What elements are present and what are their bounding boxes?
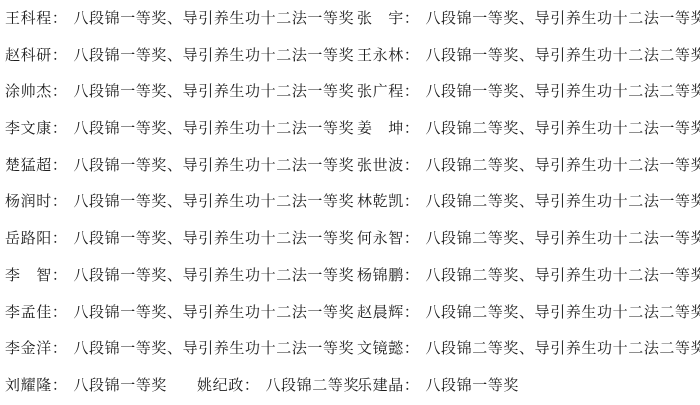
award-line: 姜 坤：八段锦二等奖、导引养生功十二法一等奖 [357, 110, 700, 147]
colon: ： [404, 229, 420, 247]
person-name: 楚猛超 [5, 156, 52, 174]
document-page: 王科程：八段锦一等奖、导引养生功十二法一等奖 赵科研：八段锦一等奖、导引养生功十… [0, 0, 700, 405]
colon: ： [52, 46, 68, 64]
award-text: 八段锦一等奖、导引养生功十二法一等奖 [425, 9, 700, 27]
colon: ： [404, 119, 420, 137]
person-name: 刘耀隆 [5, 376, 52, 394]
person-name: 张广程 [357, 82, 404, 100]
award-text: 八段锦一等奖、导引养生功十二法一等奖 [73, 9, 354, 27]
award-line: 涂帅杰：八段锦一等奖、导引养生功十二法一等奖 [5, 73, 359, 110]
award-line: 林乾凯：八段锦二等奖、导引养生功十二法一等奖 [357, 183, 700, 220]
person-name: 李金洋 [5, 339, 52, 357]
person-name: 王永林 [357, 46, 404, 64]
person-name: 赵晨辉 [357, 303, 404, 321]
award-entry: 姚纪政：八段锦二等奖 [197, 376, 359, 394]
person-name: 张世波 [357, 156, 404, 174]
award-text: 八段锦二等奖、导引养生功十二法一等奖 [425, 266, 700, 284]
award-text: 八段锦一等奖、导引养生功十二法一等奖 [73, 156, 354, 174]
colon: ： [52, 303, 68, 321]
award-column-left: 王科程：八段锦一等奖、导引养生功十二法一等奖 赵科研：八段锦一等奖、导引养生功十… [5, 0, 359, 404]
award-line: 文镜懿：八段锦二等奖、导引养生功十二法二等奖 [357, 330, 700, 367]
award-line: 刘耀隆：八段锦一等奖姚纪政：八段锦二等奖 [5, 367, 359, 404]
person-name: 李 智 [5, 266, 52, 284]
colon: ： [404, 82, 420, 100]
colon: ： [52, 266, 68, 284]
award-line: 杨润时：八段锦一等奖、导引养生功十二法一等奖 [5, 183, 359, 220]
colon: ： [52, 82, 68, 100]
award-line: 李 智：八段锦一等奖、导引养生功十二法一等奖 [5, 257, 359, 294]
award-text: 八段锦一等奖、导引养生功十二法一等奖 [73, 46, 354, 64]
person-name: 姜 坤 [357, 119, 404, 137]
award-text: 八段锦一等奖、导引养生功十二法一等奖 [73, 229, 354, 247]
award-text: 八段锦二等奖、导引养生功十二法二等奖 [425, 303, 700, 321]
person-name: 涂帅杰 [5, 82, 52, 100]
award-line: 楚猛超：八段锦一等奖、导引养生功十二法一等奖 [5, 147, 359, 184]
award-text: 八段锦一等奖、导引养生功十二法一等奖 [73, 266, 354, 284]
person-name: 乐建晶 [357, 376, 404, 394]
colon: ： [52, 119, 68, 137]
person-name: 张 宇 [357, 9, 404, 27]
award-line: 杨锦鹏：八段锦二等奖、导引养生功十二法一等奖 [357, 257, 700, 294]
colon: ： [52, 192, 68, 210]
award-text: 八段锦一等奖、导引养生功十二法一等奖 [73, 82, 354, 100]
person-name: 李文康 [5, 119, 52, 137]
award-line: 王科程：八段锦一等奖、导引养生功十二法一等奖 [5, 0, 359, 37]
award-text: 八段锦二等奖、导引养生功十二法一等奖 [425, 156, 700, 174]
award-entry: 刘耀隆：八段锦一等奖 [5, 376, 167, 394]
colon: ： [52, 156, 68, 174]
colon: ： [404, 376, 420, 394]
award-line: 赵科研：八段锦一等奖、导引养生功十二法一等奖 [5, 37, 359, 74]
colon: ： [404, 9, 420, 27]
award-text: 八段锦一等奖、导引养生功十二法二等奖 [425, 46, 700, 64]
award-line: 乐建晶：八段锦一等奖 [357, 367, 700, 404]
award-text: 八段锦一等奖、导引养生功十二法一等奖 [73, 119, 354, 137]
award-line: 李孟佳：八段锦一等奖、导引养生功十二法一等奖 [5, 294, 359, 331]
colon: ： [52, 9, 68, 27]
award-text: 八段锦二等奖、导引养生功十二法一等奖 [425, 119, 700, 137]
person-name: 文镜懿 [357, 339, 404, 357]
colon: ： [52, 339, 68, 357]
person-name: 杨锦鹏 [357, 266, 404, 284]
colon: ： [52, 229, 68, 247]
award-text: 八段锦一等奖 [73, 376, 167, 394]
award-line: 张广程：八段锦一等奖、导引养生功十二法二等奖 [357, 73, 700, 110]
person-name: 杨润时 [5, 192, 52, 210]
person-name: 岳路阳 [5, 229, 52, 247]
award-text: 八段锦一等奖 [425, 376, 519, 394]
award-line: 岳路阳：八段锦一等奖、导引养生功十二法一等奖 [5, 220, 359, 257]
award-line: 何永智：八段锦二等奖、导引养生功十二法一等奖 [357, 220, 700, 257]
colon: ： [404, 339, 420, 357]
award-column-right: 张 宇：八段锦一等奖、导引养生功十二法一等奖 王永林：八段锦一等奖、导引养生功十… [357, 0, 700, 404]
award-line: 张 宇：八段锦一等奖、导引养生功十二法一等奖 [357, 0, 700, 37]
colon: ： [404, 303, 420, 321]
person-name: 何永智 [357, 229, 404, 247]
person-name: 赵科研 [5, 46, 52, 64]
award-text: 八段锦二等奖、导引养生功十二法二等奖 [425, 339, 700, 357]
colon: ： [52, 376, 68, 394]
award-text: 八段锦一等奖、导引养生功十二法一等奖 [73, 339, 354, 357]
award-text: 八段锦二等奖、导引养生功十二法一等奖 [425, 192, 700, 210]
colon: ： [404, 46, 420, 64]
award-text: 八段锦二等奖、导引养生功十二法一等奖 [425, 229, 700, 247]
award-line: 李文康：八段锦一等奖、导引养生功十二法一等奖 [5, 110, 359, 147]
award-text: 八段锦一等奖、导引养生功十二法二等奖 [425, 82, 700, 100]
colon: ： [404, 156, 420, 174]
colon: ： [404, 192, 420, 210]
person-name: 王科程 [5, 9, 52, 27]
person-name: 姚纪政 [197, 376, 244, 394]
award-line: 李金洋：八段锦一等奖、导引养生功十二法一等奖 [5, 330, 359, 367]
colon: ： [244, 376, 260, 394]
person-name: 李孟佳 [5, 303, 52, 321]
award-text: 八段锦一等奖、导引养生功十二法一等奖 [73, 192, 354, 210]
colon: ： [404, 266, 420, 284]
award-text: 八段锦一等奖、导引养生功十二法一等奖 [73, 303, 354, 321]
award-line: 王永林：八段锦一等奖、导引养生功十二法二等奖 [357, 37, 700, 74]
person-name: 林乾凯 [357, 192, 404, 210]
award-text: 八段锦二等奖 [265, 376, 359, 394]
award-line: 赵晨辉：八段锦二等奖、导引养生功十二法二等奖 [357, 294, 700, 331]
award-line: 张世波：八段锦二等奖、导引养生功十二法一等奖 [357, 147, 700, 184]
